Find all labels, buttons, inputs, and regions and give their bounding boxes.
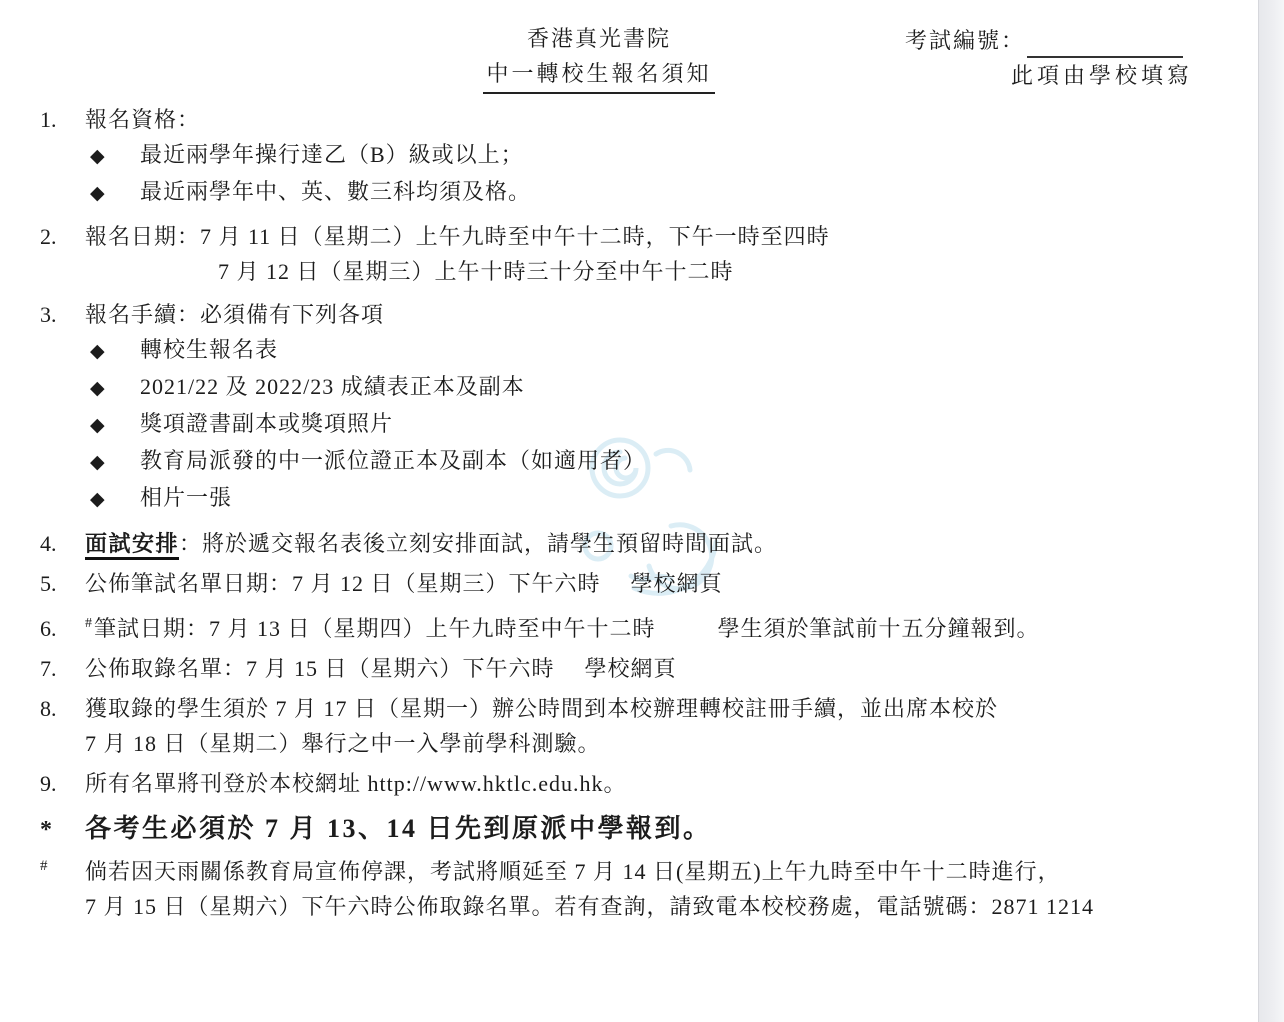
hash-marker: # <box>40 854 85 876</box>
exam-number-label: 考試編號： <box>905 28 1025 53</box>
item-7-suffix: 學校網頁 <box>585 656 677 681</box>
item-7-text: 公佈取錄名單：7 月 15 日（星期六）下午六時 <box>85 656 555 681</box>
star-marker: * <box>40 809 85 851</box>
item-4-number: 4. <box>40 526 85 561</box>
item-2-line1: 報名日期：7 月 11 日（星期二）上午九時至中午十二時，下午一時至四時 <box>85 219 830 254</box>
item-1-bullet-1: ◆ 最近兩學年操行達乙（B）級或以上； <box>90 137 1218 174</box>
item-1-text: 報名資格： <box>85 102 200 137</box>
item-3-number: 3. <box>40 297 85 332</box>
item-3: 3. 報名手續：必須備有下列各項 <box>40 297 1218 332</box>
item-3-bullet-1: ◆ 轉校生報名表 <box>90 332 1218 369</box>
item-9-number: 9. <box>40 766 85 801</box>
item-2: 2. 報名日期：7 月 11 日（星期二）上午九時至中午十二時，下午一時至四時 <box>40 219 1218 254</box>
bullet-text: 最近兩學年操行達乙（B）級或以上； <box>140 137 524 172</box>
diamond-bullet-icon: ◆ <box>90 482 140 517</box>
item-6: 6. #筆試日期：7 月 13 日（星期四）上午九時至中午十二時學生須於筆試前十… <box>40 606 1218 646</box>
footnote-hash-line2: 7 月 15 日（星期六）下午六時公佈取錄名單。若有查詢，請致電本校校務處，電話… <box>85 889 1094 924</box>
exam-number-block: 考試編號： 此項由學校填寫 <box>905 24 1193 94</box>
item-4-text: ：將於遞交報名表後立刻安排面試，請學生預留時間面試。 <box>179 531 777 556</box>
footnote-star: * 各考生必須於 7 月 13、14 日先到原派中學報到。 <box>40 808 1218 851</box>
diamond-bullet-icon: ◆ <box>90 334 140 369</box>
bullet-text: 最近兩學年中、英、數三科均須及格。 <box>140 174 531 209</box>
item-7-number: 7. <box>40 651 85 686</box>
item-6-text: 筆試日期：7 月 13 日（星期四）上午九時至中午十二時 <box>94 616 656 641</box>
item-6-number: 6. <box>40 611 85 646</box>
item-8: 8. 獲取錄的學生須於 7 月 17 日（星期一）辦公時間到本校辦理轉校註冊手續… <box>40 691 1218 726</box>
exam-number-blank-field <box>1027 32 1183 58</box>
hash-superscript: # <box>85 616 93 631</box>
item-4-heading: 面試安排 <box>85 531 179 560</box>
item-8-number: 8. <box>40 691 85 726</box>
item-4: 4. 面試安排：將於遞交報名表後立刻安排面試，請學生預留時間面試。 <box>40 526 1218 561</box>
bullet-text: 教育局派發的中一派位證正本及副本（如適用者） <box>140 443 646 478</box>
diamond-bullet-icon: ◆ <box>90 408 140 443</box>
page-edge-strip <box>1258 0 1284 1022</box>
document-header: 香港真光書院 中一轉校生報名須知 考試編號： 此項由學校填寫 <box>40 20 1218 102</box>
item-2-line2: 7 月 12 日（星期三）上午十時三十分至中午十二時 <box>218 254 1218 289</box>
diamond-bullet-icon: ◆ <box>90 139 140 174</box>
bullet-text: 獎項證書副本或獎項照片 <box>140 406 393 441</box>
footnote-hash-line1: 倘若因天雨關係教育局宣佈停課，考試將順延至 7 月 14 日(星期五)上午九時至… <box>85 854 1094 889</box>
bullet-text: 相片一張 <box>140 480 232 515</box>
item-3-bullet-2: ◆ 2021/22 及 2022/23 成績表正本及副本 <box>90 369 1218 406</box>
item-9: 9. 所有名單將刊登於本校網址 http://www.hktlc.edu.hk。 <box>40 766 1218 801</box>
item-2-number: 2. <box>40 219 85 254</box>
item-3-bullet-5: ◆ 相片一張 <box>90 480 1218 517</box>
item-6-suffix: 學生須於筆試前十五分鐘報到。 <box>718 616 1040 641</box>
item-7: 7. 公佈取錄名單：7 月 15 日（星期六）下午六時學校網頁 <box>40 651 1218 686</box>
item-1: 1. 報名資格： <box>40 102 1218 137</box>
diamond-bullet-icon: ◆ <box>90 176 140 211</box>
footnote-star-text: 各考生必須於 7 月 13、14 日先到原派中學報到。 <box>85 808 712 850</box>
diamond-bullet-icon: ◆ <box>90 445 140 480</box>
item-1-number: 1. <box>40 102 85 137</box>
bullet-text: 2021/22 及 2022/23 成績表正本及副本 <box>140 369 525 404</box>
item-5: 5. 公佈筆試名單日期：7 月 12 日（星期三）下午六時學校網頁 <box>40 566 1218 601</box>
item-9-text: 所有名單將刊登於本校網址 http://www.hktlc.edu.hk。 <box>85 766 627 801</box>
item-5-text: 公佈筆試名單日期：7 月 12 日（星期三）下午六時 <box>85 571 601 596</box>
item-3-bullet-4: ◆ 教育局派發的中一派位證正本及副本（如適用者） <box>90 443 1218 480</box>
footnote-hash: # 倘若因天雨關係教育局宣佈停課，考試將順延至 7 月 14 日(星期五)上午九… <box>40 854 1218 924</box>
item-1-bullet-2: ◆ 最近兩學年中、英、數三科均須及格。 <box>90 174 1218 211</box>
item-8-line1: 獲取錄的學生須於 7 月 17 日（星期一）辦公時間到本校辦理轉校註冊手續，並出… <box>85 691 998 726</box>
bullet-text: 轉校生報名表 <box>140 332 278 367</box>
document-title: 中一轉校生報名須知 <box>483 58 714 94</box>
notice-document: 香港真光書院 中一轉校生報名須知 考試編號： 此項由學校填寫 1. 報名資格： … <box>0 0 1284 924</box>
item-8-line2: 7 月 18 日（星期二）舉行之中一入學前學科測驗。 <box>85 726 1218 761</box>
item-3-text: 報名手續：必須備有下列各項 <box>85 297 384 332</box>
item-5-number: 5. <box>40 566 85 601</box>
diamond-bullet-icon: ◆ <box>90 371 140 406</box>
item-3-bullet-3: ◆ 獎項證書副本或獎項照片 <box>90 406 1218 443</box>
item-5-suffix: 學校網頁 <box>631 571 723 596</box>
school-fill-note: 此項由學校填寫 <box>1011 58 1193 94</box>
